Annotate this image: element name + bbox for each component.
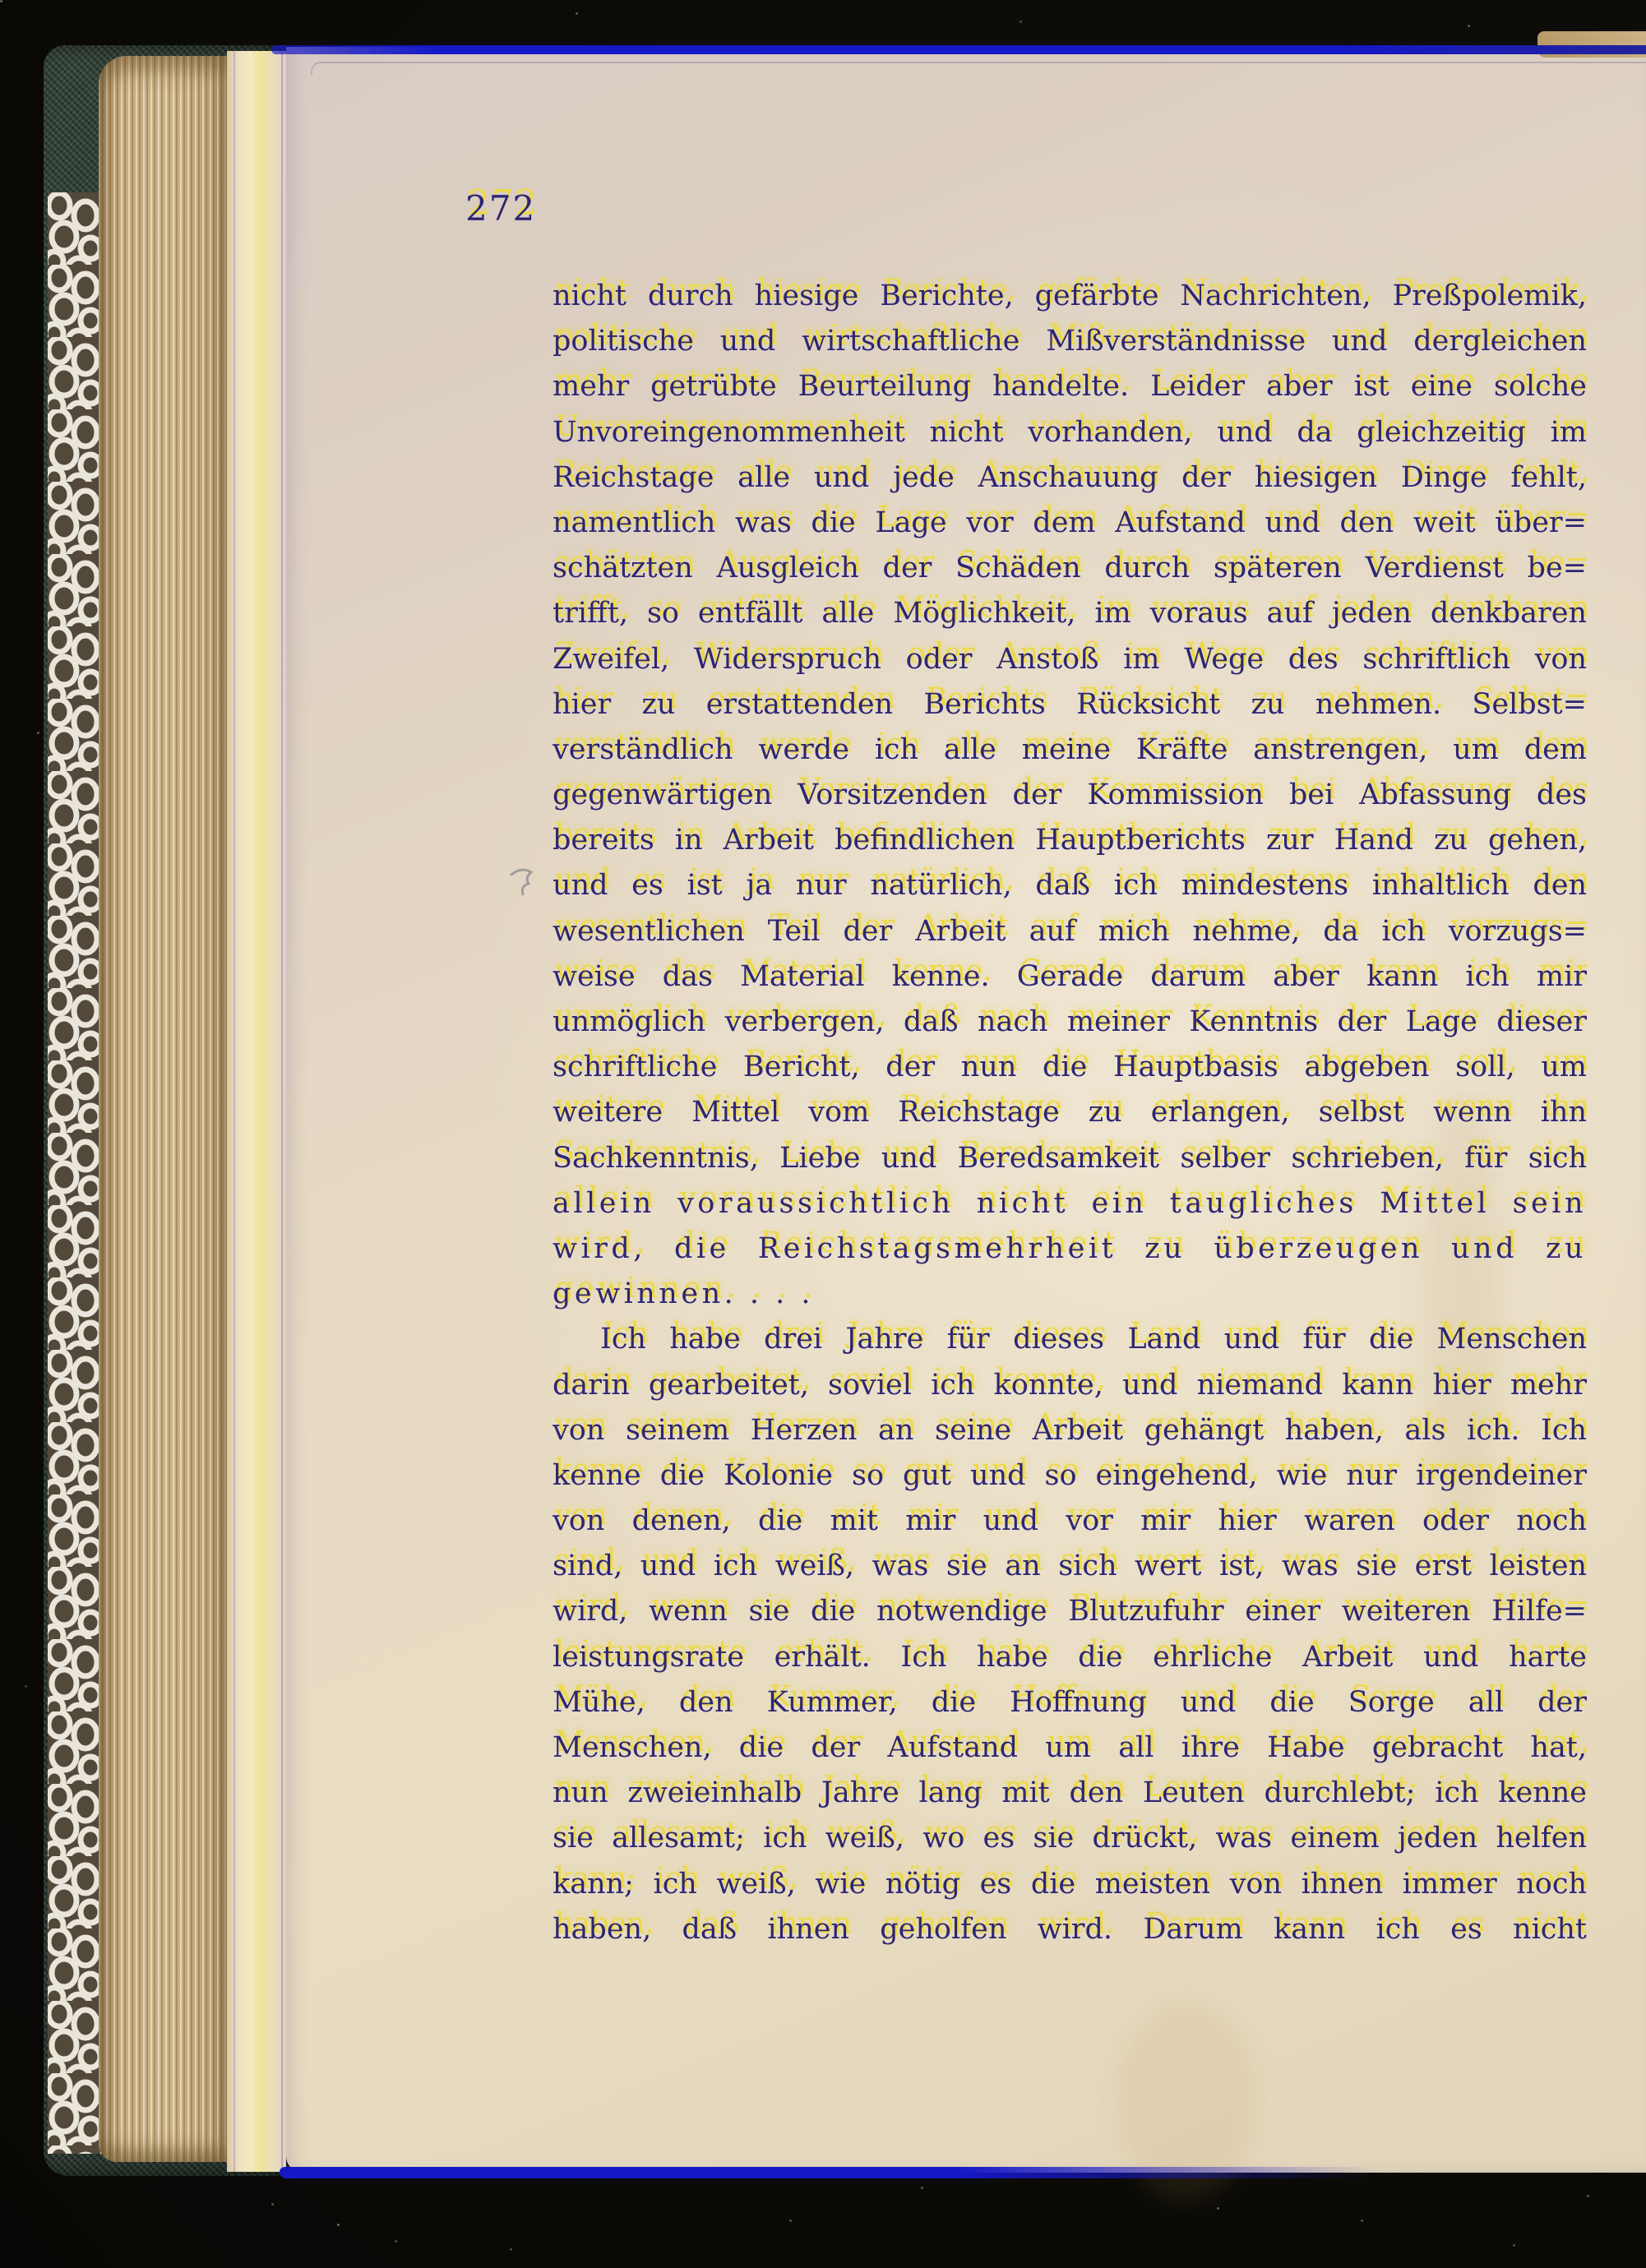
text-line: von seinem Herzen an seine Arbeit gehäng… bbox=[553, 1408, 1587, 1453]
text-line: Menschen, die der Aufstand um all ihre H… bbox=[553, 1725, 1587, 1771]
text-line: kenne die Kolonie so gut und so eingehen… bbox=[553, 1453, 1587, 1499]
text-line: Zweifel, Widerspruch oder Anstoß im Wege… bbox=[553, 637, 1587, 682]
text-line: mehr getrübte Beurteilung handelte. Leid… bbox=[553, 364, 1587, 409]
text-line: sie allesamt; ich weiß, wo es sie drückt… bbox=[553, 1816, 1587, 1861]
under-page-crease bbox=[311, 62, 1646, 75]
near-page-edges bbox=[227, 51, 286, 2172]
marbled-paper-edge bbox=[48, 192, 104, 2154]
text-line: namentlich was die Lage vor dem Aufstand… bbox=[553, 501, 1587, 546]
text-line: Mühe, den Kummer, die Hoffnung und die S… bbox=[553, 1680, 1587, 1725]
margin-pencil-mark bbox=[506, 865, 546, 901]
text-line: wird, die Reichstagsmehrheit zu überzeug… bbox=[553, 1226, 1587, 1272]
text-line: Unvoreingenommenheit nicht vorhanden, un… bbox=[553, 410, 1587, 455]
text-line: leistungsrate erhält. Ich habe die ehrli… bbox=[553, 1635, 1587, 1680]
text-line: schriftliche Bericht, der nun die Hauptb… bbox=[553, 1045, 1587, 1090]
text-block: nicht durch hiesige Berichte, gefärbte N… bbox=[553, 274, 1587, 1952]
text-line: unmöglich verbergen, daß nach meiner Ken… bbox=[553, 1000, 1587, 1045]
text-line: weise das Material kenne. Gerade darum a… bbox=[553, 954, 1587, 1000]
text-line: und es ist ja nur natürlich, daß ich min… bbox=[553, 863, 1587, 908]
text-line: nicht durch hiesige Berichte, gefärbte N… bbox=[553, 274, 1587, 319]
text-line: gegenwärtigen Vorsitzenden der Kommissio… bbox=[553, 773, 1587, 818]
page-bottom-blue-edge bbox=[280, 2167, 1373, 2178]
dust-specks bbox=[0, 0, 2, 2]
text-line: trifft, so entfällt alle Möglichkeit, im… bbox=[553, 591, 1587, 636]
text-line: verständlich werde ich alle meine Kräfte… bbox=[553, 728, 1587, 773]
text-line: politische und wirtschaftliche Mißverstä… bbox=[553, 319, 1587, 364]
text-line: wird, wenn sie die notwendige Blutzufuhr… bbox=[553, 1589, 1587, 1634]
book-scan: 272 nicht durch hiesige Berichte, gefärb… bbox=[0, 0, 1646, 2268]
marble-pattern bbox=[48, 192, 104, 2154]
page-top-blue-edge bbox=[271, 45, 1646, 54]
book-page: 272 nicht durch hiesige Berichte, gefärb… bbox=[286, 47, 1646, 2173]
text-line: weitere Mittel vom Reichstage zu erlange… bbox=[553, 1090, 1587, 1135]
page-number: 272 bbox=[465, 188, 536, 229]
text-line: von denen, die mit mir und vor mir hier … bbox=[553, 1499, 1587, 1544]
text-line: nun zweieinhalb Jahre lang mit den Leute… bbox=[553, 1771, 1587, 1816]
text-line: wesentlichen Teil der Arbeit auf mich ne… bbox=[553, 909, 1587, 954]
text-line: schätzten Ausgleich der Schäden durch sp… bbox=[553, 546, 1587, 591]
text-line: bereits in Arbeit befindlichen Hauptberi… bbox=[553, 818, 1587, 863]
text-line: sind, und ich weiß, was sie an sich wert… bbox=[553, 1544, 1587, 1589]
text-line: Reichstage alle und jede Anschauung der … bbox=[553, 455, 1587, 501]
text-line: haben, daß ihnen geholfen wird. Darum ka… bbox=[553, 1907, 1587, 1952]
page-stack-fore-edge bbox=[99, 56, 227, 2162]
text-line: Sachkenntnis, Liebe und Beredsamkeit sel… bbox=[553, 1136, 1587, 1181]
text-line: kann; ich weiß, wie nötig es die meisten… bbox=[553, 1862, 1587, 1907]
text-line: Ich habe drei Jahre für dieses Land und … bbox=[553, 1317, 1587, 1362]
text-line: darin gearbeitet, soviel ich konnte, und… bbox=[553, 1363, 1587, 1408]
text-line: hier zu erstattenden Berichts Rücksicht … bbox=[553, 682, 1587, 728]
text-line: gewinnen. . . . bbox=[553, 1272, 1587, 1317]
text-line: allein voraussichtlich nicht ein tauglic… bbox=[553, 1181, 1587, 1226]
